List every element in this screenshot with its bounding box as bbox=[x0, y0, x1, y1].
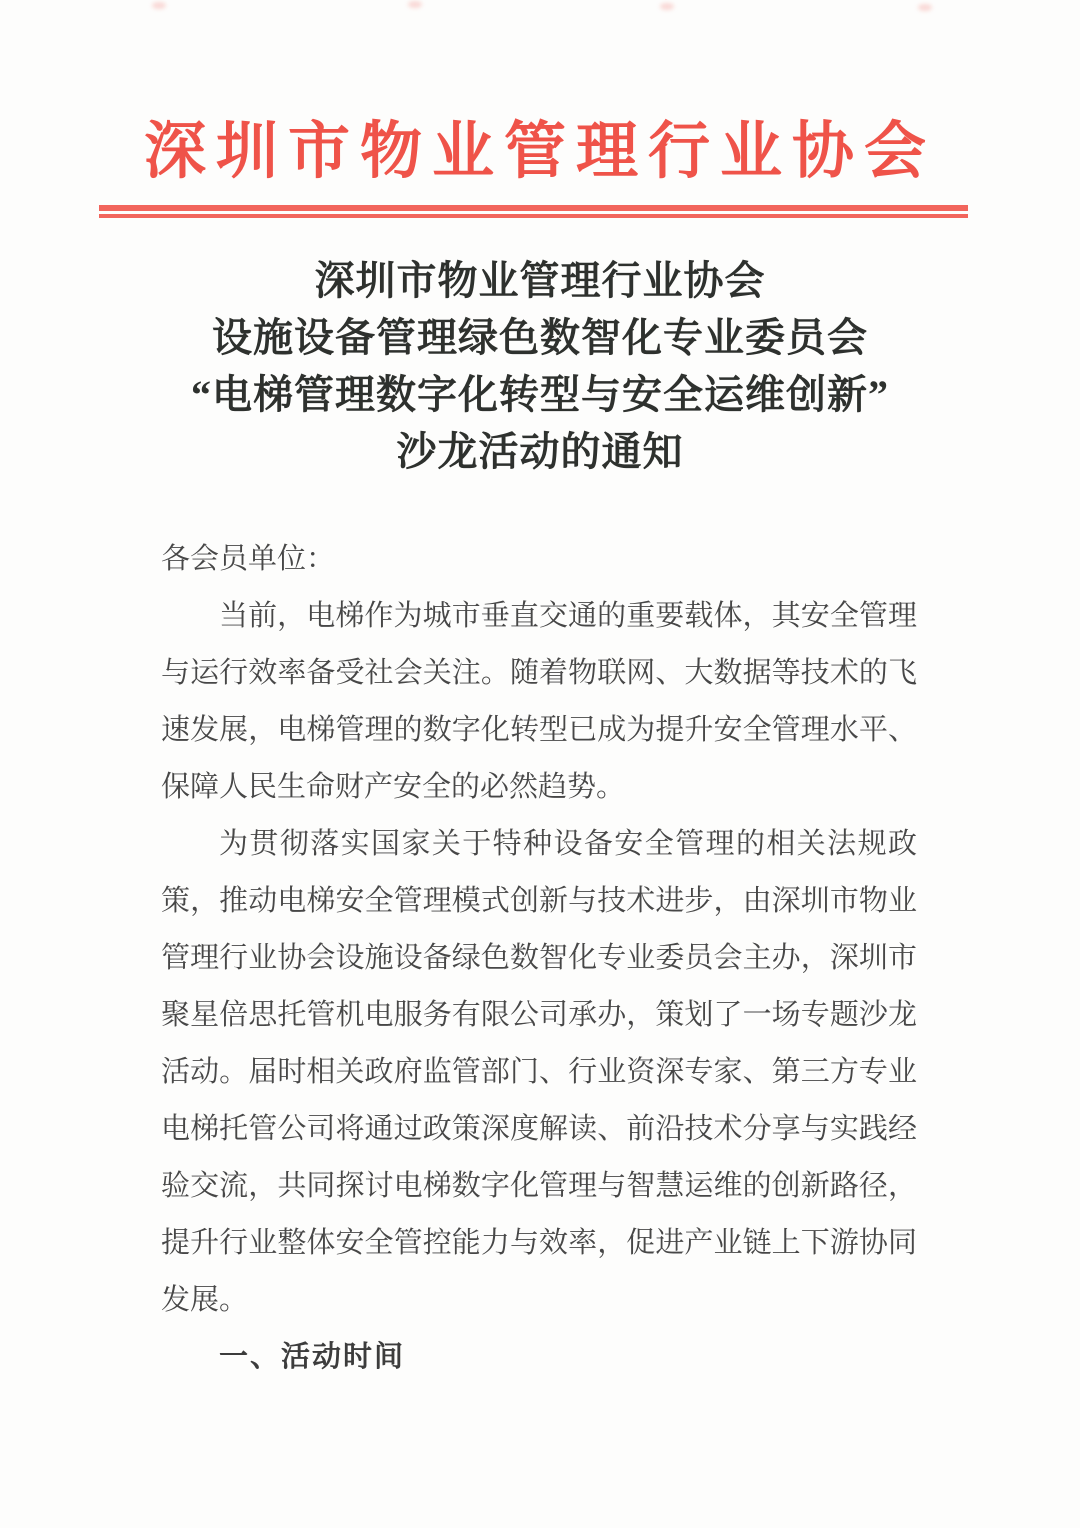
letterhead-rule-bottom bbox=[99, 214, 968, 218]
salutation: 各会员单位： bbox=[161, 531, 917, 588]
body-line: 当前，电梯作为城市垂直交通的重要载体，其安全管理 bbox=[161, 588, 917, 645]
letterhead-rule-top bbox=[99, 205, 968, 211]
body-line: 活动。届时相关政府监管部门、行业资深专家、第三方专业 bbox=[161, 1044, 917, 1101]
notice-body: 各会员单位： 当前，电梯作为城市垂直交通的重要载体，其安全管理与运行效率备受社会… bbox=[161, 531, 917, 1386]
body-line: 聚星倍思托管机电服务有限公司承办，策划了一场专题沙龙 bbox=[161, 987, 917, 1044]
notice-title: 深圳市物业管理行业协会设施设备管理绿色数智化专业委员会“电梯管理数字化转型与安全… bbox=[0, 252, 1080, 480]
body-line: 发展。 bbox=[161, 1272, 917, 1329]
notice-title-line-4: 沙龙活动的通知 bbox=[0, 423, 1080, 480]
body-line: 管理行业协会设施设备绿色数智化专业委员会主办，深圳市 bbox=[161, 930, 917, 987]
body-line: 策，推动电梯安全管理模式创新与技术进步，由深圳市物业 bbox=[161, 873, 917, 930]
notice-title-line-3: “电梯管理数字化转型与安全运维创新” bbox=[0, 366, 1080, 423]
body-line: 与运行效率备受社会关注。随着物联网、大数据等技术的飞 bbox=[161, 645, 917, 702]
body-line: 提升行业整体安全管控能力与效率，促进产业链上下游协同 bbox=[161, 1215, 917, 1272]
body-line: 保障人民生命财产安全的必然趋势。 bbox=[161, 759, 917, 816]
scan-artifact bbox=[152, 2, 166, 9]
scan-artifact bbox=[660, 3, 674, 10]
notice-title-line-1: 深圳市物业管理行业协会 bbox=[0, 252, 1080, 309]
scan-artifact bbox=[408, 1, 422, 8]
letterhead-org-name: 深圳市物业管理行业协会 bbox=[0, 112, 1080, 192]
body-line: 验交流，共同探讨电梯数字化管理与智慧运维的创新路径， bbox=[161, 1158, 917, 1215]
body-line: 为贯彻落实国家关于特种设备安全管理的相关法规政 bbox=[161, 816, 917, 873]
document-page: 深圳市物业管理行业协会 深圳市物业管理行业协会设施设备管理绿色数智化专业委员会“… bbox=[0, 0, 1080, 1528]
body-line: 速发展，电梯管理的数字化转型已成为提升安全管理水平、 bbox=[161, 702, 917, 759]
scan-artifact bbox=[918, 4, 932, 11]
letterhead-double-rule bbox=[99, 205, 968, 218]
section-heading: 一、活动时间 bbox=[161, 1329, 917, 1386]
notice-title-line-2: 设施设备管理绿色数智化专业委员会 bbox=[0, 309, 1080, 366]
body-line: 电梯托管公司将通过政策深度解读、前沿技术分享与实践经 bbox=[161, 1101, 917, 1158]
